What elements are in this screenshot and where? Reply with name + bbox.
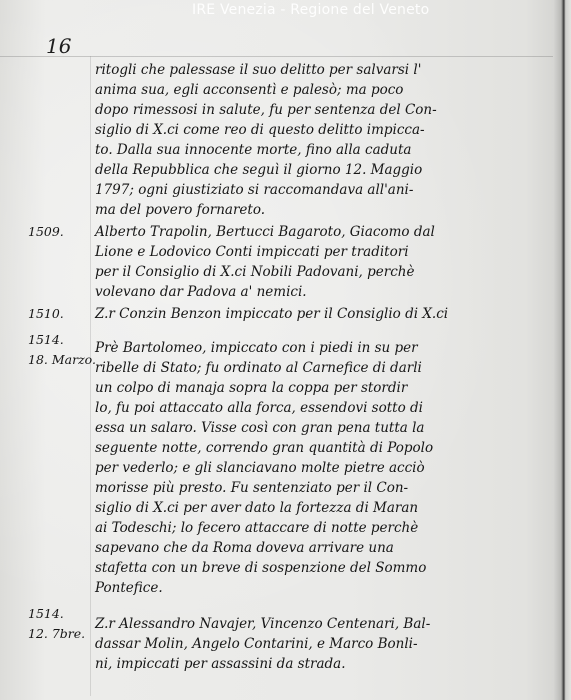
date-line: 1514. (28, 330, 90, 350)
text-line: ritogli che palessase il suo delitto per… (95, 60, 535, 80)
date-line: 12. 7bre. (28, 624, 90, 644)
entry-date: 1510. (28, 304, 90, 324)
page-binding-edge (553, 0, 571, 700)
text-line: ribelle di Stato; fu ordinato al Carnefi… (95, 358, 535, 378)
text-line: Lione e Lodovico Conti impiccati per tra… (95, 242, 535, 262)
text-line: essa un salaro. Visse così con gran pena… (95, 418, 535, 438)
entry-1510: Z.r Conzin Benzon impiccato per il Consi… (95, 304, 535, 324)
date-line: 18. Marzo. (28, 350, 90, 370)
text-line: della Repubblica che seguì il giorno 12.… (95, 160, 535, 180)
text-line: ma del povero fornareto. (95, 200, 535, 220)
margin-rule (90, 56, 91, 696)
text-line: ai Todeschi; lo fecero attaccare di nott… (95, 518, 535, 538)
text-line: Alberto Trapolin, Bertucci Bagaroto, Gia… (95, 222, 535, 242)
text-line: per vederlo; e gli slanciavano molte pie… (95, 458, 535, 478)
manuscript-page: IRE Venezia - Regione del Veneto 16 rito… (0, 0, 571, 700)
text-line: dopo rimessosi in salute, fu per sentenz… (95, 100, 535, 120)
text-line: morisse più presto. Fu sentenziato per i… (95, 478, 535, 498)
text-line: per il Consiglio di X.ci Nobili Padovani… (95, 262, 535, 282)
header-rule (0, 56, 553, 57)
text-line: dassar Molin, Angelo Contarini, e Marco … (95, 634, 535, 654)
text-line: siglio di X.ci come reo di questo delitt… (95, 120, 535, 140)
entry-date: 1509. (28, 222, 90, 242)
entry-date: 1514. 18. Marzo. (28, 330, 90, 370)
date-line: 1514. (28, 604, 90, 624)
text-line: un colpo di manaja sopra la coppa per st… (95, 378, 535, 398)
date-line: 1510. (28, 304, 90, 324)
text-line: sapevano che da Roma doveva arrivare una (95, 538, 535, 558)
text-line: Pontefice. (95, 578, 535, 598)
entry-date: 1514. 12. 7bre. (28, 604, 90, 644)
text-line: Z.r Conzin Benzon impiccato per il Consi… (95, 304, 535, 324)
text-line: siglio di X.ci per aver dato la fortezza… (95, 498, 535, 518)
entry-1514-settembre: Z.r Alessandro Navajer, Vincenzo Centena… (95, 614, 535, 674)
text-line: stafetta con un breve di sospenzione del… (95, 558, 535, 578)
date-line: 1509. (28, 222, 90, 242)
text-line: to. Dalla sua innocente morte, fino alla… (95, 140, 535, 160)
entry-1514-marzo: Prè Bartolomeo, impiccato con i piedi in… (95, 338, 535, 598)
text-line: lo, fu poi attaccato alla forca, essendo… (95, 398, 535, 418)
text-line: seguente notte, correndo gran quantità d… (95, 438, 535, 458)
page-number: 16 (46, 34, 71, 58)
text-line: Prè Bartolomeo, impiccato con i piedi in… (95, 338, 535, 358)
text-line: ni, impiccati per assassini da strada. (95, 654, 535, 674)
text-line: 1797; ogni giustiziato si raccomandava a… (95, 180, 535, 200)
text-line: volevano dar Padova a' nemici. (95, 282, 535, 302)
entry-1509: Alberto Trapolin, Bertucci Bagaroto, Gia… (95, 222, 535, 302)
text-line: Z.r Alessandro Navajer, Vincenzo Centena… (95, 614, 535, 634)
watermark: IRE Venezia - Regione del Veneto (192, 2, 429, 18)
entry-continuation: ritogli che palessase il suo delitto per… (95, 60, 535, 220)
text-line: anima sua, egli acconsentì e palesò; ma … (95, 80, 535, 100)
